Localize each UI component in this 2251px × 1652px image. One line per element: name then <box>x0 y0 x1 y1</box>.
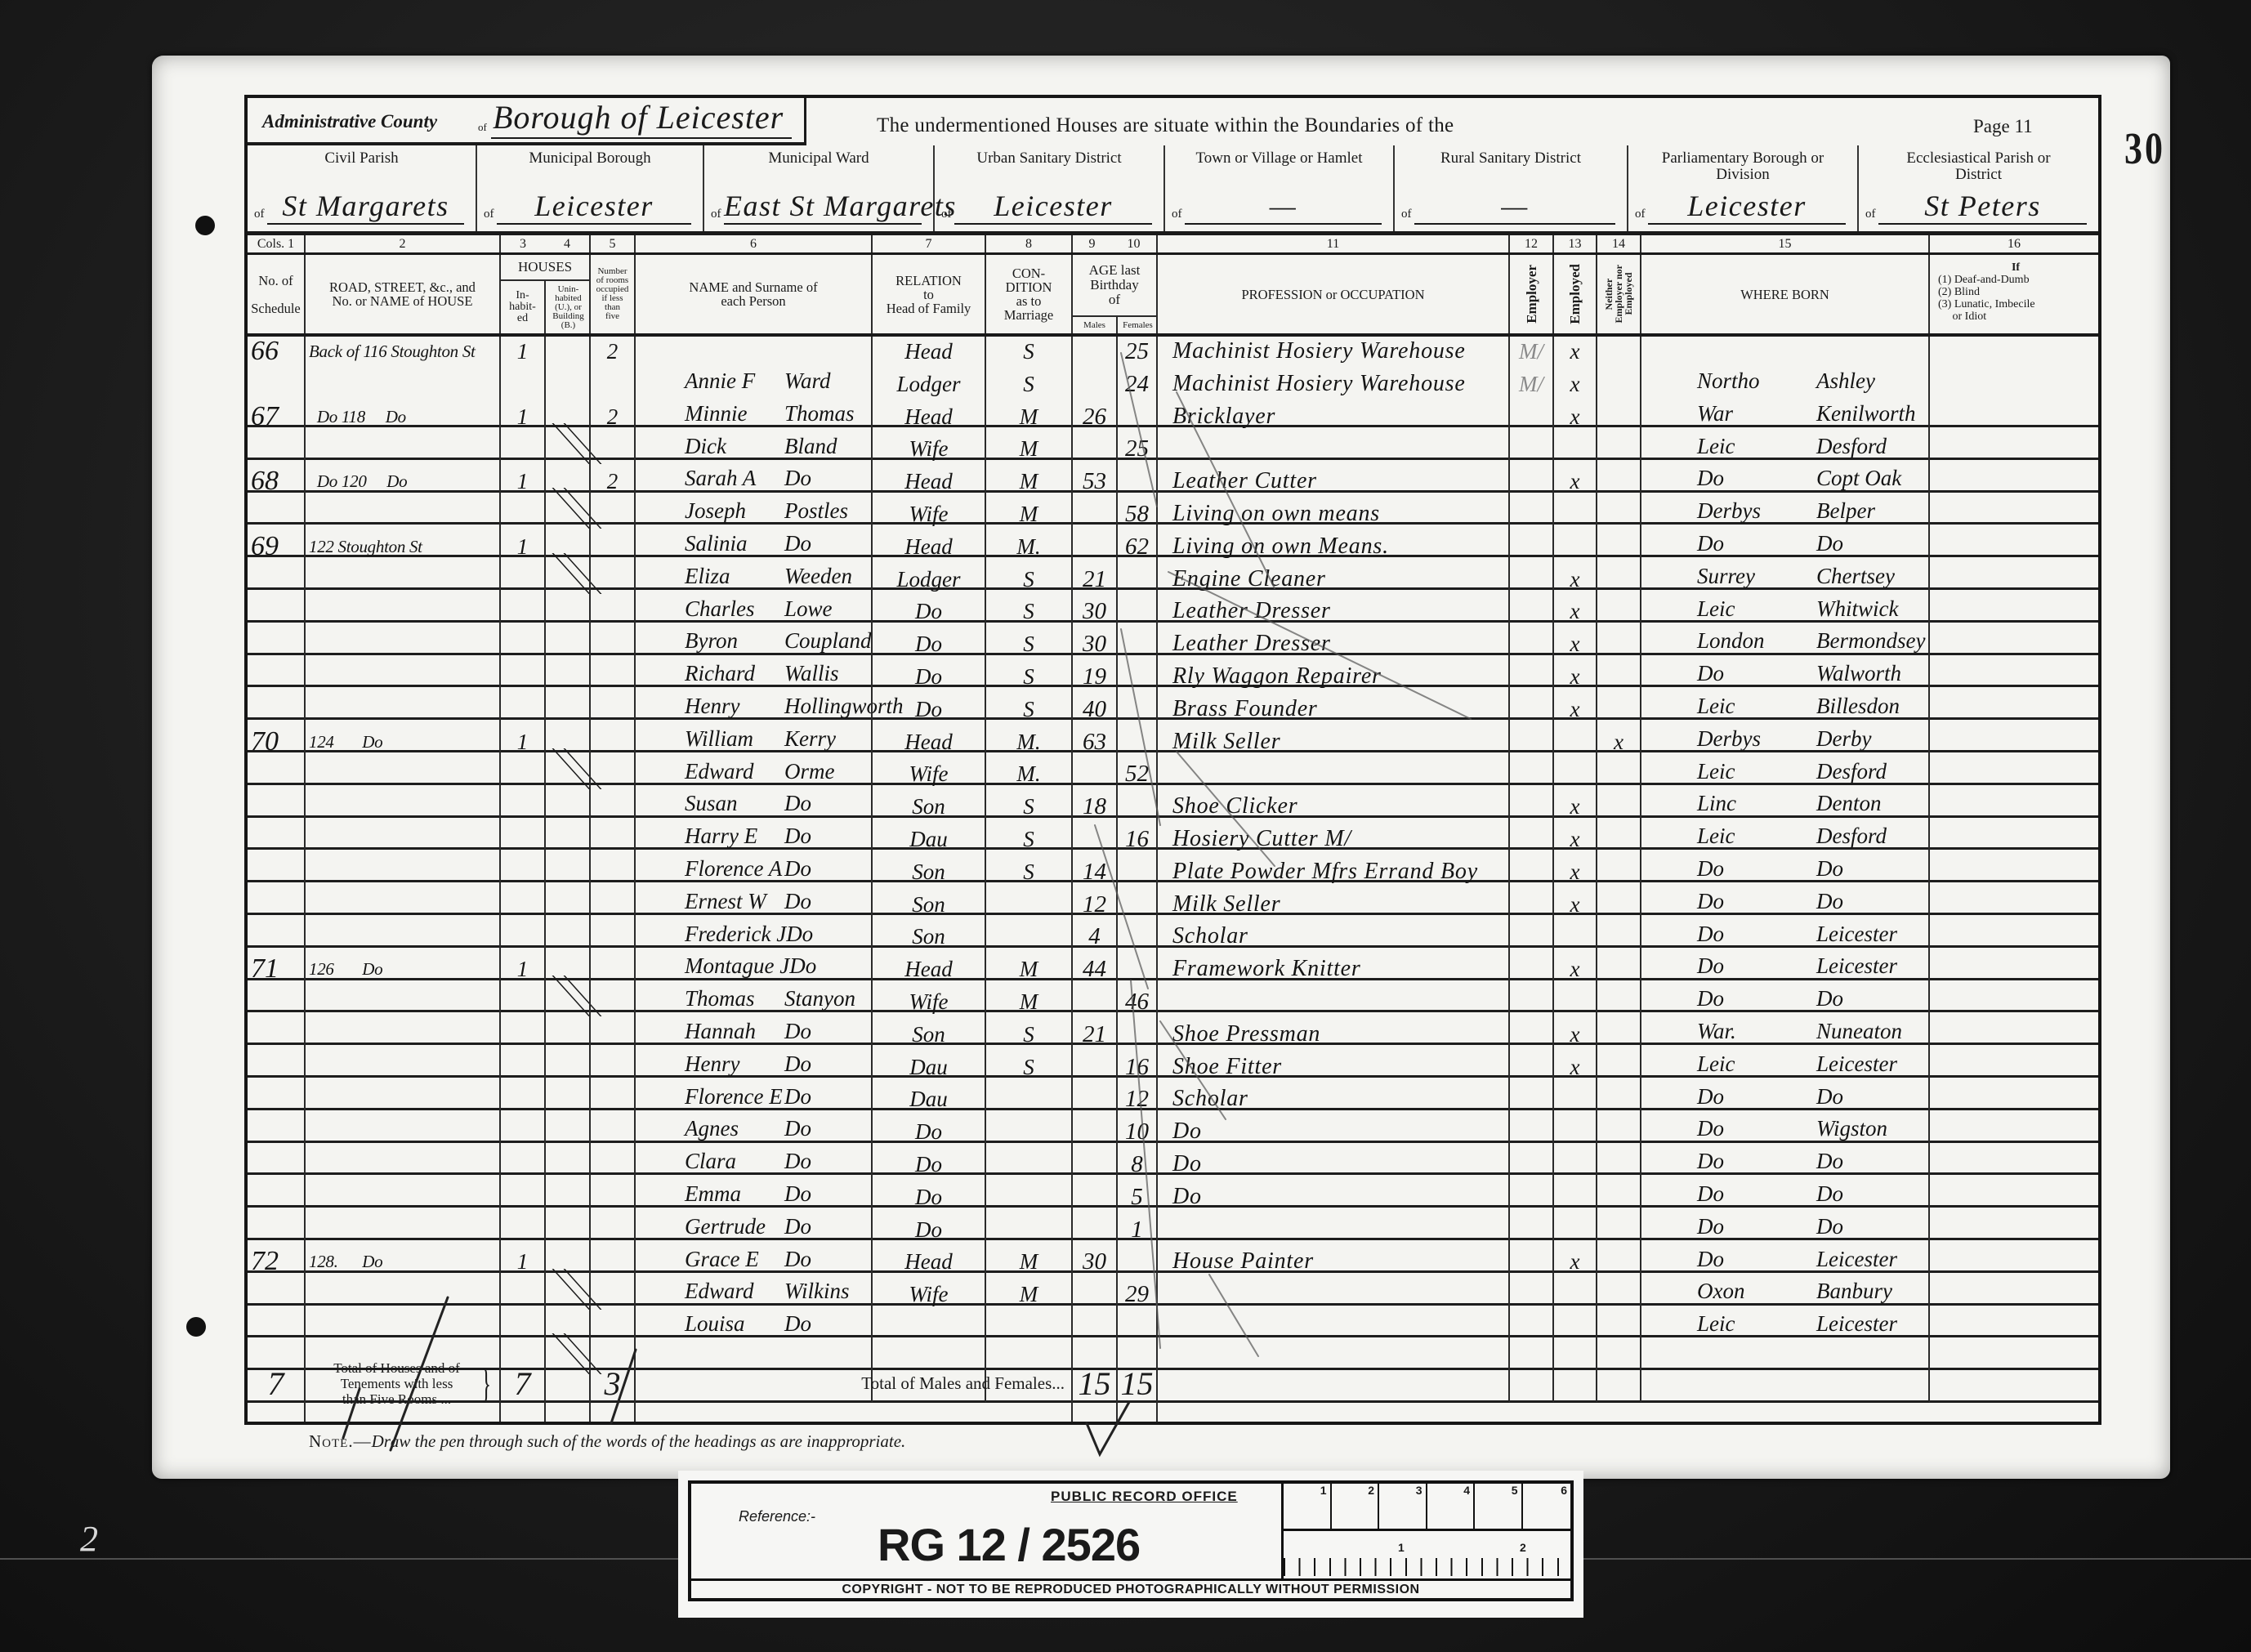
division-value: Leicester <box>497 189 691 225</box>
of-prefix: of <box>478 121 487 134</box>
division-value: Leicester <box>1648 189 1846 225</box>
of-prefix: of <box>1635 208 1646 221</box>
ruler-centimetres: 1 2 3 4 5 6 <box>1284 1484 1570 1531</box>
punch-hole <box>195 216 215 235</box>
census-row: ByronCoupland Do S 30 Leather Dresser x … <box>248 596 2098 629</box>
ruler-cm-mark: 5 <box>1475 1484 1523 1529</box>
page-number: Page 11 <box>1973 116 2033 137</box>
division-label: Urban Sanitary District <box>935 150 1163 167</box>
col-num-13: 13 <box>1554 235 1597 252</box>
division-value: — <box>1414 189 1615 225</box>
col-num-11: 11 <box>1158 235 1510 252</box>
census-row: Grace EDo Do 1 DoLeicester <box>248 1215 2098 1248</box>
header-neither-label: Neither Employer nor Employed <box>1604 265 1633 323</box>
reference-label: Reference:- <box>739 1508 815 1525</box>
col-num-4: 4 <box>564 235 570 252</box>
census-row: RichardWallis Do S 30 Leather Dresser x … <box>248 629 2098 662</box>
of-prefix: of <box>1401 208 1412 221</box>
header-condition: CON- DITION as to Marriage <box>986 255 1073 333</box>
census-row: HenryHollingworth Do S 19 Rly Waggon Rep… <box>248 662 2098 694</box>
census-row: MinnieThomas Lodger S 24 Machinist Hosie… <box>248 369 2098 402</box>
scale-ruler: 1 2 3 4 5 6 1 2 <box>1281 1484 1570 1578</box>
division-label: Ecclesiastical Parish or District <box>1859 150 2098 183</box>
census-row: SusanDo Wife M. 52 LincDenton <box>248 759 2098 792</box>
totals-row: 7 Total of Houses and of Tenements with … <box>248 1345 2098 1422</box>
of-prefix: of <box>941 208 952 221</box>
form-title-row: Administrative County of Borough of Leic… <box>248 98 2098 145</box>
col-num-7: 7 <box>873 235 986 252</box>
division-label: Town or Village or Hamlet <box>1165 150 1393 167</box>
of-prefix: of <box>711 208 721 221</box>
header-uninhabited: Unin- habited (U.), or Building (B.) <box>546 281 591 333</box>
header-inhabited: In- habit- ed <box>501 281 546 333</box>
header-employer: Employer <box>1510 255 1554 333</box>
total-persons-label: Total of Males and Females... <box>636 1345 1073 1422</box>
division-value: — <box>1185 189 1382 225</box>
ruler-inches: 1 2 <box>1284 1531 1570 1576</box>
col-num-12: 12 <box>1510 235 1554 252</box>
header-neither: Neither Employer nor Employed <box>1597 255 1641 333</box>
census-row: Sarah ADo Wife M 25 DoCopt Oak <box>248 434 2098 467</box>
header-females: Females <box>1118 317 1158 333</box>
note-text: Draw the pen through such of the words o… <box>372 1431 906 1451</box>
age-group-label: AGE last Birthday of <box>1073 255 1156 317</box>
col-num-14: 14 <box>1597 235 1641 252</box>
header-houses-group: HOUSES In- habit- ed Unin- habited (U.),… <box>501 255 591 333</box>
of-prefix: of <box>1172 208 1182 221</box>
ruler-cm-mark: 4 <box>1427 1484 1476 1529</box>
col-num-9-10: 9 10 <box>1073 235 1158 252</box>
total-uninhabited <box>546 1345 591 1422</box>
footnote: Note.—Draw the pen through such of the w… <box>309 1431 905 1452</box>
administrative-county-box: Administrative County of Borough of Leic… <box>248 98 806 145</box>
of-prefix: of <box>254 208 265 221</box>
census-row: Montague JDo Son 4 Scholar DoLeicester <box>248 922 2098 954</box>
col-num-3-4: 3 4 <box>501 235 591 252</box>
ruler-cm-mark: 2 <box>1332 1484 1380 1529</box>
col-num-1: Cols. 1 <box>248 235 306 252</box>
division-municipal-borough: Municipal Borough of Leicester <box>477 145 704 231</box>
houses-subheaders: In- habit- ed Unin- habited (U.), or Bui… <box>501 281 589 333</box>
administrative-county-value: Borough of Leicester <box>491 98 792 139</box>
ruler-inch-mark: 2 <box>1520 1541 1526 1554</box>
col-num-9: 9 <box>1089 235 1096 252</box>
punch-hole <box>186 1317 206 1337</box>
column-header-row: No. of Schedule ROAD, STREET, &c., and N… <box>248 255 2098 337</box>
margin-mark: 2 <box>80 1518 98 1560</box>
age-subheaders: Males Females <box>1073 317 1156 333</box>
census-row: GertrudeDo Do 5 Do DoDo <box>248 1182 2098 1215</box>
col-num-6: 6 <box>636 235 873 252</box>
reference-slip-box: PUBLIC RECORD OFFICE Reference:- RG 12 /… <box>688 1480 1574 1601</box>
census-row: 72 128. Do 1 EdwardWilkins Head M 30 Hou… <box>248 1247 2098 1279</box>
totals-blank-area <box>1158 1345 2098 1422</box>
census-row: AgnesDo Dau 12 Scholar DoWigston <box>248 1084 2098 1117</box>
total-schedules: 7 <box>248 1345 306 1422</box>
division-label: Municipal Ward <box>704 150 933 167</box>
reference-slip: PUBLIC RECORD OFFICE Reference:- RG 12 /… <box>678 1471 1583 1618</box>
census-row: Frederick JDo Son 12 Milk Seller x DoLei… <box>248 890 2098 922</box>
total-females: 15 <box>1118 1345 1158 1422</box>
division-value: St Margarets <box>267 189 464 225</box>
brace-glyph: } <box>481 1361 491 1405</box>
reference-code: RG 12 / 2526 <box>878 1518 1140 1571</box>
of-prefix: of <box>484 208 494 221</box>
folio-number: 30 <box>2124 123 2165 175</box>
division-label: Parliamentary Borough or Division <box>1628 150 1857 183</box>
census-row: WilliamKerry Do S 40 Brass Founder x Der… <box>248 694 2098 727</box>
ruler-cm-mark: 6 <box>1523 1484 1571 1529</box>
header-infirmity: If (1) Deaf-and-Dumb (2) Blind (3) Lunat… <box>1930 255 2098 333</box>
col-num-2: 2 <box>306 235 501 252</box>
header-males: Males <box>1073 317 1118 333</box>
col-num-3: 3 <box>520 235 526 252</box>
total-males: 15 <box>1073 1345 1118 1422</box>
census-row: Florence EDo Dau S 16 Shoe Fitter x DoDo <box>248 1052 2098 1085</box>
census-row: HannahDo Wife M 46 War.Nuneaton <box>248 987 2098 1020</box>
division-value: East St Margarets <box>724 189 922 225</box>
census-row: ClaraDo Do 10 Do DoDo <box>248 1117 2098 1150</box>
header-employed: Employed <box>1554 255 1597 333</box>
header-name: NAME and Surname of each Person <box>636 255 873 333</box>
census-row: SaliniaDo Wife M 58 Living on own means … <box>248 499 2098 532</box>
header-where-born: WHERE BORN <box>1641 255 1930 333</box>
ruler-cm-mark: 1 <box>1284 1484 1332 1529</box>
division-ecclesiastical-parish: Ecclesiastical Parish or District of St … <box>1859 145 2098 231</box>
header-rooms: Number of rooms occupied if less than fi… <box>591 255 636 333</box>
col-num-8: 8 <box>986 235 1073 252</box>
header-occupation: PROFESSION or OCCUPATION <box>1158 255 1510 333</box>
total-inhabited: 7 <box>501 1345 546 1422</box>
boundaries-heading: The undermentioned Houses are situate wi… <box>877 114 1454 137</box>
header-age-group: AGE last Birthday of Males Females <box>1073 255 1158 333</box>
administrative-county-label: Administrative County <box>262 111 437 132</box>
header-schedule-number: No. of Schedule <box>248 255 306 333</box>
note-label: Note.— <box>309 1431 372 1451</box>
census-row: EmmaDo Do 8 Do DoDo <box>248 1150 2098 1182</box>
copyright-notice: COPYRIGHT - NOT TO BE REPRODUCED PHOTOGR… <box>691 1578 1570 1598</box>
census-row: 66 Back of 116 Stoughton St 1 2 Annie FW… <box>248 337 2098 369</box>
total-houses-label-text: Total of Houses and of Tenements with le… <box>333 1360 460 1407</box>
census-row: Ernest WDo Son S 14 Plate Powder Mfrs Er… <box>248 857 2098 890</box>
header-infirmity-if: If <box>1938 261 2093 274</box>
col-num-16: 16 <box>1930 235 2098 252</box>
division-label: Civil Parish <box>248 150 476 167</box>
census-row: LouisaDo Wife M 29 LeicLeicester <box>248 1279 2098 1312</box>
total-houses-label: Total of Houses and of Tenements with le… <box>306 1345 501 1422</box>
census-row: CharlesLowe Lodger S 21 Engine Cleaner x… <box>248 565 2098 597</box>
census-row: Florence ADo Dau S 16 Hosiery Cutter M/ … <box>248 824 2098 857</box>
division-urban-sanitary-district: Urban Sanitary District of Leicester <box>935 145 1165 231</box>
division-label: Municipal Borough <box>477 150 703 167</box>
infirmity-option-deaf: (1) Deaf-and-Dumb <box>1938 274 2093 286</box>
houses-group-label: HOUSES <box>501 255 589 281</box>
division-value: Leicester <box>954 189 1152 225</box>
of-prefix: of <box>1865 208 1876 221</box>
office-name: PUBLIC RECORD OFFICE <box>1051 1489 1238 1505</box>
census-row: 68 Do 120 Do 1 2 JosephPostles Head M 53… <box>248 467 2098 499</box>
column-number-row: Cols. 1 2 3 4 5 6 7 8 9 10 11 12 13 14 1… <box>248 235 2098 255</box>
census-row: Harry EDo Son S 18 Shoe Clicker x LeicDe… <box>248 792 2098 824</box>
division-municipal-ward: Municipal Ward of East St Margarets <box>704 145 935 231</box>
census-row: 71 126 Do 1 ThomasStanyon Head M 44 Fram… <box>248 954 2098 987</box>
census-row: 69 122 Stoughton St 1 ElizaWeeden Head M… <box>248 532 2098 565</box>
census-row <box>248 1312 2098 1345</box>
division-rural-sanitary-district: Rural Sanitary District of — <box>1395 145 1628 231</box>
ruler-inch-mark: 1 <box>1398 1541 1405 1554</box>
division-parliamentary-borough: Parliamentary Borough or Division of Lei… <box>1628 145 1859 231</box>
header-relation: RELATION to Head of Family <box>873 255 986 333</box>
header-employed-label: Employed <box>1569 264 1581 324</box>
census-row: 70 124 Do 1 EdwardOrme Head M. 63 Milk S… <box>248 727 2098 760</box>
division-town-village-hamlet: Town or Village or Hamlet of — <box>1165 145 1395 231</box>
ruler-cm-mark: 3 <box>1379 1484 1427 1529</box>
header-address: ROAD, STREET, &c., and No. or NAME of HO… <box>306 255 501 333</box>
infirmity-option-lunatic: (3) Lunatic, Imbecile or Idiot <box>1938 298 2093 323</box>
infirmity-option-blind: (2) Blind <box>1938 286 2093 298</box>
division-civil-parish: Civil Parish of St Margarets <box>248 145 477 231</box>
division-value: St Peters <box>1878 189 2087 225</box>
col-num-10: 10 <box>1128 235 1141 252</box>
district-divisions-row: Civil Parish of St Margarets Municipal B… <box>248 145 2098 235</box>
division-label: Rural Sanitary District <box>1395 150 1627 167</box>
header-employer-label: Employer <box>1525 265 1538 324</box>
census-row: HenryDo Son S 21 Shoe Pressman x LeicLei… <box>248 1020 2098 1052</box>
census-form: Administrative County of Borough of Leic… <box>248 98 2098 1422</box>
census-entries: 66 Back of 116 Stoughton St 1 2 Annie FW… <box>248 337 2098 1345</box>
census-row: 67 Do 118 Do 1 2 DickBland Head M 26 Bri… <box>248 402 2098 435</box>
col-num-5: 5 <box>591 235 636 252</box>
total-rooms: 3 <box>591 1345 636 1422</box>
col-num-15: 15 <box>1641 235 1930 252</box>
